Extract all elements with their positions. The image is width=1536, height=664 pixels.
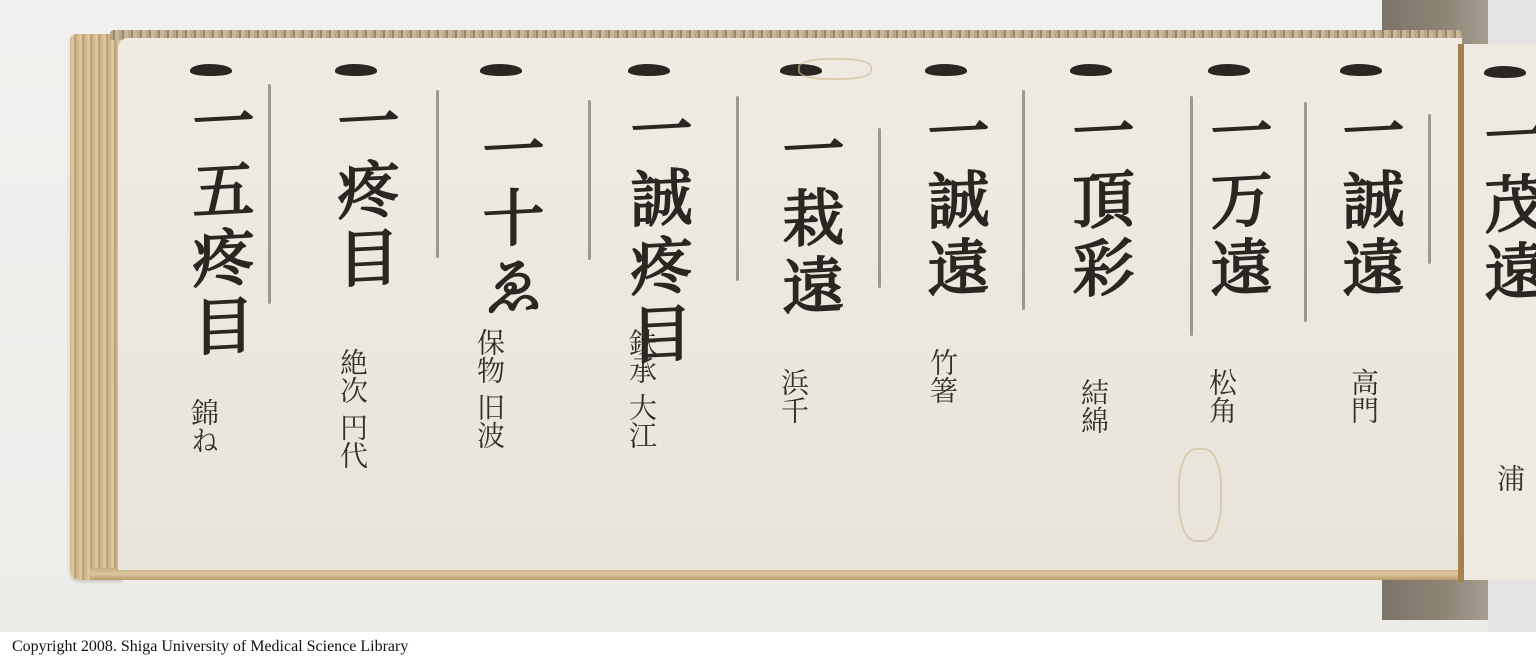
column-text: 一茂遠 bbox=[1470, 102, 1536, 310]
text-column-3: 一十ゑ 保物 旧波 bbox=[468, 38, 558, 570]
guide-line bbox=[268, 84, 271, 304]
column-text: 一栽遠 bbox=[768, 116, 848, 324]
column-annotation: 竹箸 bbox=[927, 348, 957, 404]
guide-line bbox=[878, 128, 881, 288]
text-column-4: 一誠疼目 鉄承 大江 bbox=[616, 38, 706, 570]
column-annotation: 錦ね bbox=[188, 398, 218, 454]
column-heading-mark bbox=[335, 64, 377, 76]
column-text: 一頂彩 bbox=[1058, 98, 1138, 306]
column-heading-mark bbox=[480, 64, 522, 76]
guide-line bbox=[736, 96, 739, 281]
guide-line bbox=[1190, 96, 1193, 336]
column-annotation: 保物 旧波 bbox=[474, 328, 504, 449]
column-text: 一誠遠 bbox=[1328, 98, 1408, 306]
column-text: 一十ゑ bbox=[468, 116, 548, 324]
manuscript-book: 一五疼目 錦ね 一疼目 絶次 円代 一十ゑ 保物 旧波 一誠疼目 鉄承 大江 一… bbox=[70, 30, 1462, 582]
guide-line bbox=[1428, 114, 1431, 264]
facing-page: 一茂遠 浦 bbox=[1464, 44, 1536, 580]
guide-line bbox=[588, 100, 591, 260]
column-heading-mark bbox=[1484, 66, 1526, 78]
column-annotation: 浜千 bbox=[778, 368, 808, 424]
page-edge-stack bbox=[70, 34, 122, 580]
column-heading-mark bbox=[1070, 64, 1112, 76]
text-column-2: 一疼目 絶次 円代 bbox=[323, 38, 413, 570]
column-text: 一万遠 bbox=[1196, 98, 1276, 306]
column-heading-mark bbox=[1340, 64, 1382, 76]
column-annotation: 絶次 円代 bbox=[337, 348, 367, 469]
column-text: 一五疼目 bbox=[178, 88, 258, 364]
column-annotation: 鉄承 大江 bbox=[626, 328, 656, 449]
paper-stain bbox=[1178, 448, 1222, 542]
column-annotation: 浦 bbox=[1494, 464, 1524, 492]
text-column-6: 一誠遠 竹箸 bbox=[913, 38, 1003, 570]
column-heading-mark bbox=[925, 64, 967, 76]
column-heading-mark bbox=[1208, 64, 1250, 76]
paper-stain bbox=[798, 58, 872, 80]
column-annotation: 高門 bbox=[1348, 368, 1378, 424]
guide-line bbox=[1304, 102, 1307, 322]
manuscript-page: 一五疼目 錦ね 一疼目 絶次 円代 一十ゑ 保物 旧波 一誠疼目 鉄承 大江 一… bbox=[118, 38, 1462, 570]
text-column-9: 一誠遠 高門 bbox=[1328, 38, 1418, 570]
column-text: 一誠遠 bbox=[913, 98, 993, 306]
column-annotation: 松角 bbox=[1206, 368, 1236, 424]
copyright-caption: Copyright 2008. Shiga University of Medi… bbox=[12, 638, 408, 656]
text-column-5: 一栽遠 浜千 bbox=[768, 38, 858, 570]
column-text: 一疼目 bbox=[323, 88, 403, 296]
guide-line bbox=[436, 90, 439, 258]
text-column-7: 一頂彩 結綿 bbox=[1058, 38, 1148, 570]
text-column-1: 一五疼目 錦ね bbox=[178, 38, 268, 570]
column-annotation: 結綿 bbox=[1078, 378, 1108, 434]
column-heading-mark bbox=[190, 64, 232, 76]
guide-line bbox=[1022, 90, 1025, 310]
column-heading-mark bbox=[628, 64, 670, 76]
